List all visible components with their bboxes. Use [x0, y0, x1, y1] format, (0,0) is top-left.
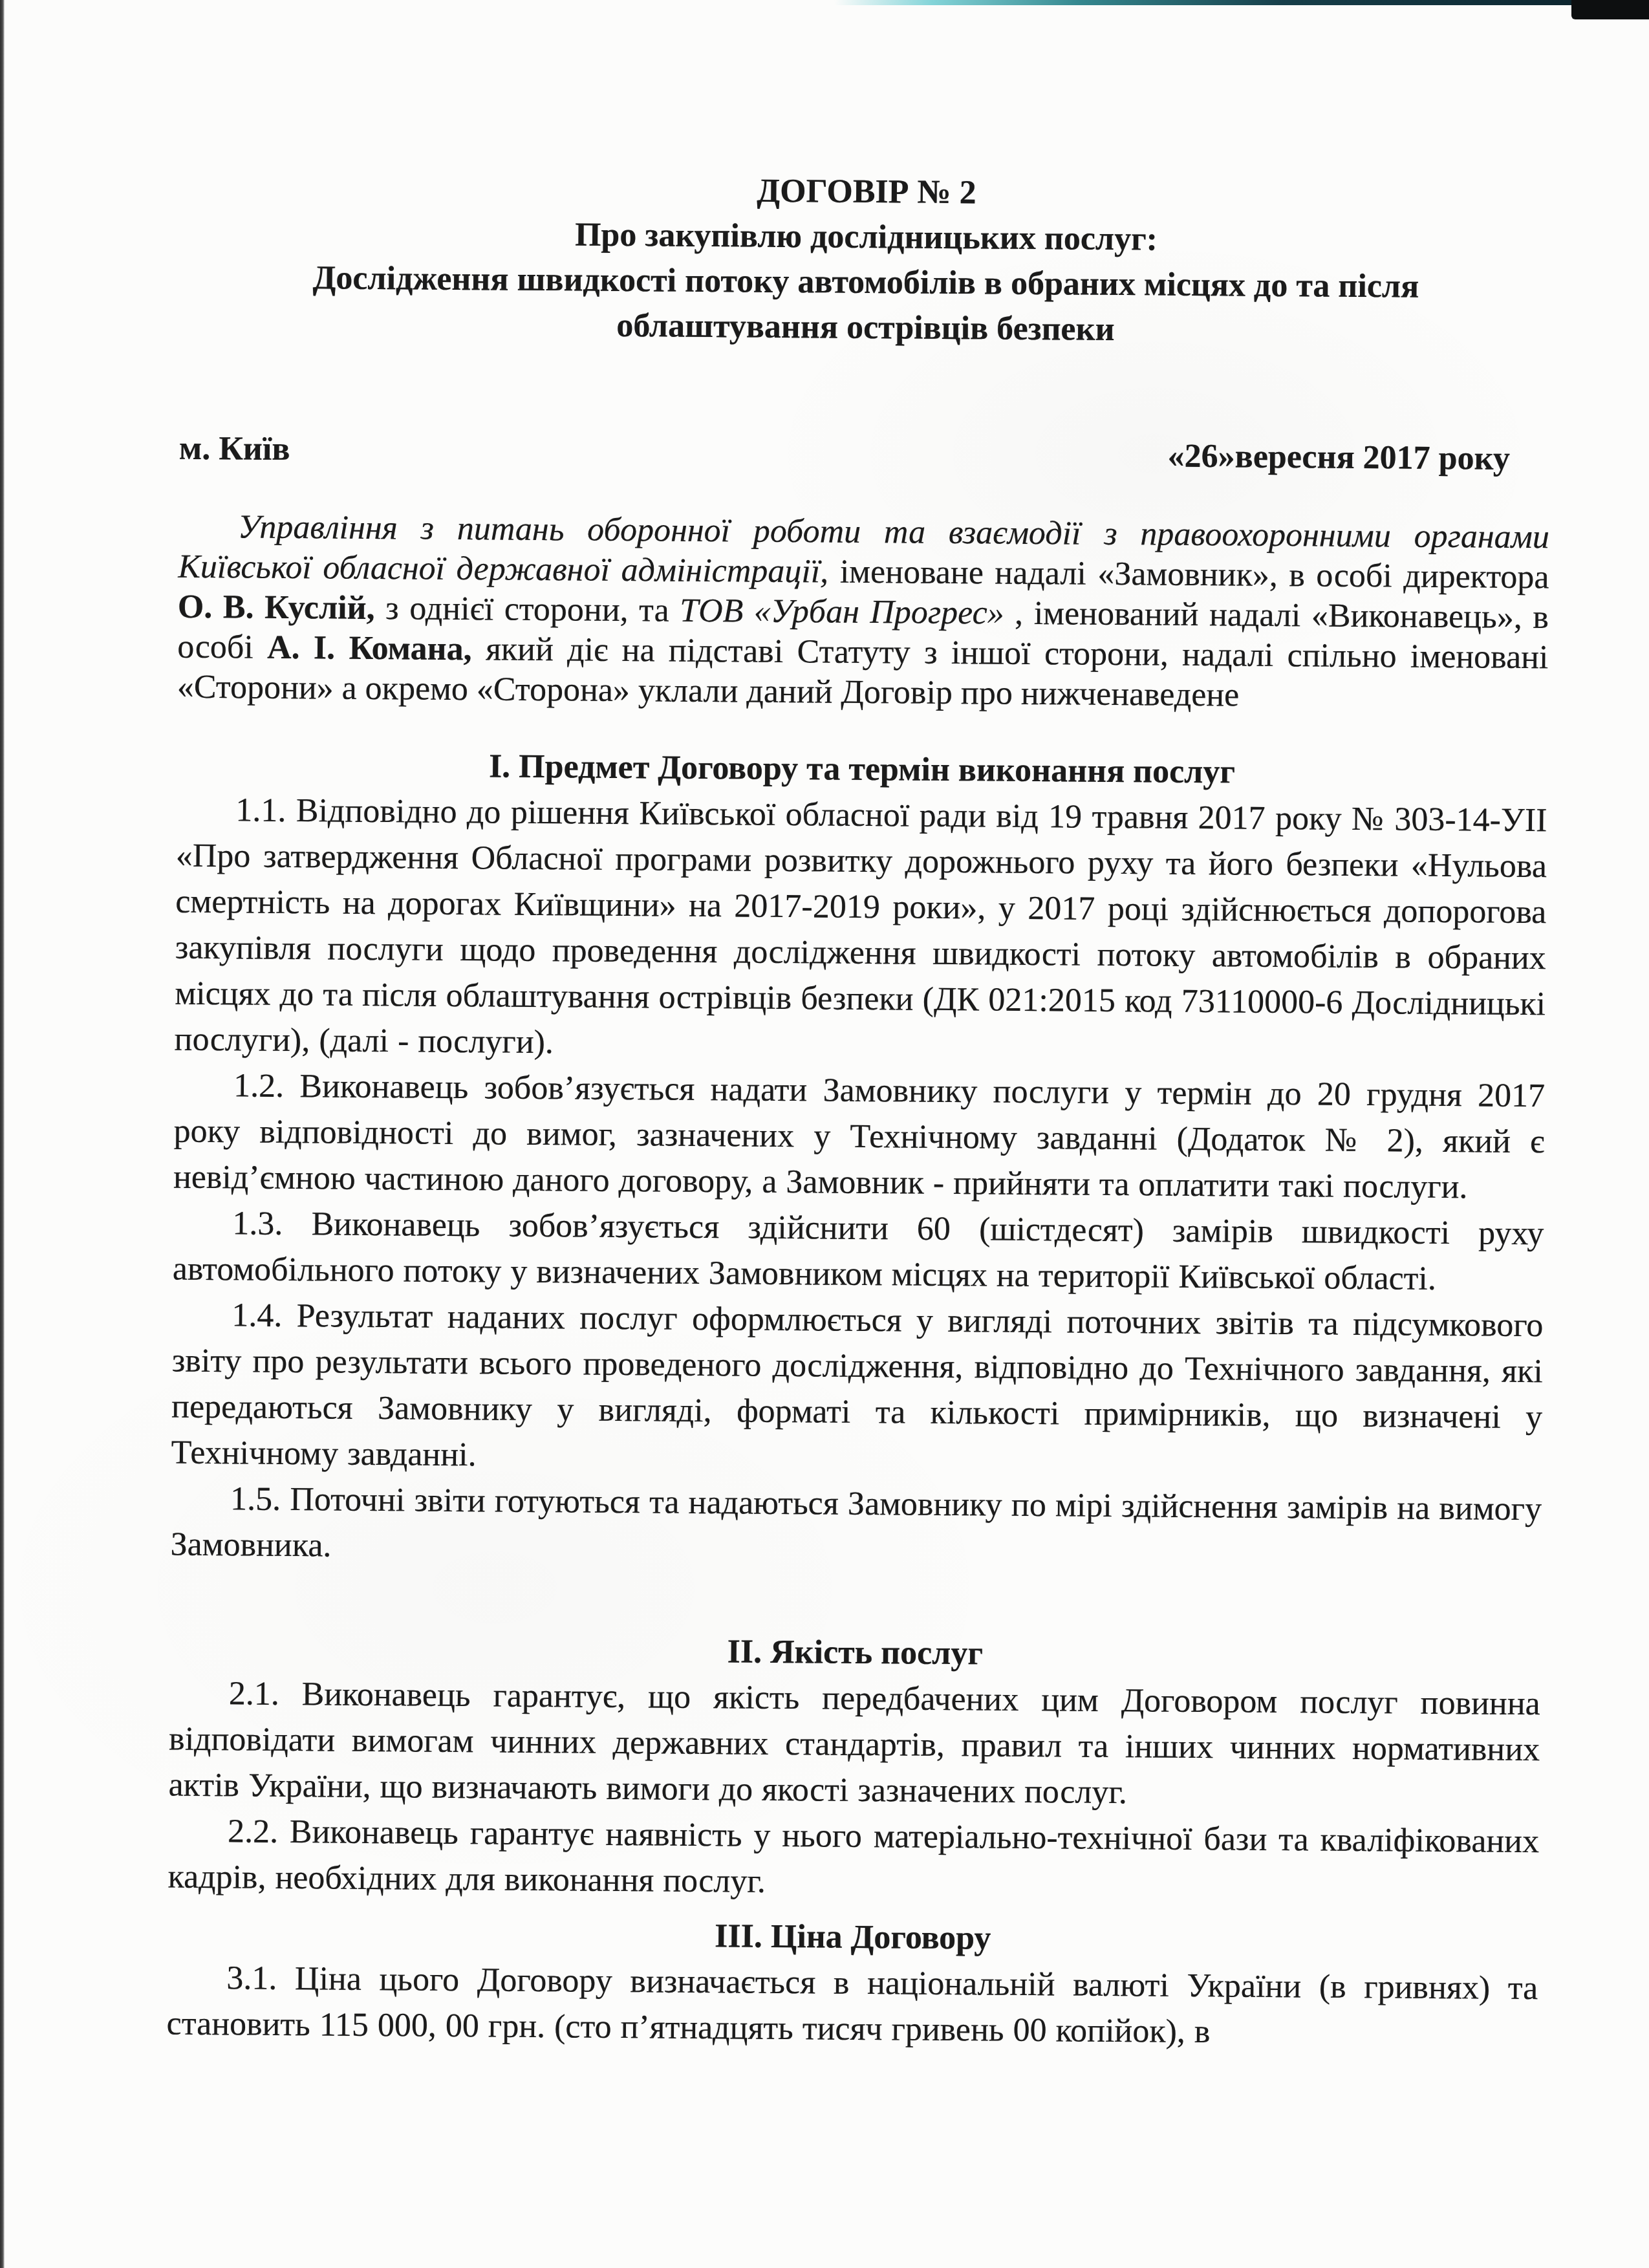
preamble-director-name: О. В. Куслій,: [178, 589, 375, 627]
preamble-party-contractor: ТОВ «Урбан Прогрес»: [680, 592, 1004, 632]
place-date-row: м. Київ «26»вересня 2017 року: [179, 429, 1550, 479]
scanned-contract-page: ДОГОВІР № 2 Про закупівлю дослідницьких …: [0, 0, 1649, 2268]
scan-artifact-left-edge: [0, 0, 5, 2268]
contract-title: ДОГОВІР № 2 Про закупівлю дослідницьких …: [180, 164, 1552, 356]
paragraph-1-4: 1.4. Результат наданих послуг оформлюєть…: [171, 1292, 1543, 1487]
scan-artifact-top-right-corner: [1571, 0, 1649, 19]
paragraph-1-1: 1.1. Відповідно до рішення Київської обл…: [174, 787, 1547, 1074]
paragraph-2-1: 2.1. Виконавець гарантує, що якість пере…: [168, 1670, 1540, 1819]
scan-artifact-top-line: [834, 0, 1649, 5]
paragraph-1-3: 1.3. Виконавець зобов’язується здійснити…: [173, 1200, 1544, 1303]
paragraph-1-2: 1.2. Виконавець зобов’язується надати За…: [173, 1063, 1546, 1211]
preamble-contractor-name: А. І. Комана,: [267, 629, 472, 667]
place-label: м. Київ: [179, 429, 290, 469]
paragraph-3-1: 3.1. Ціна цього Договору визначається в …: [166, 1955, 1538, 2058]
paragraph-1-5: 1.5. Поточні звіти готуються та надаютьс…: [170, 1476, 1542, 1579]
date-label: «26»вересня 2017 року: [1167, 437, 1510, 479]
preamble-text-2: з однієї сторони, та: [374, 590, 680, 629]
preamble-paragraph: Управління з питань оборонної роботи та …: [177, 507, 1549, 718]
document-content: ДОГОВІР № 2 Про закупівлю дослідницьких …: [166, 0, 1553, 2057]
paragraph-2-2: 2.2. Виконавець гарантує наявність у ньо…: [167, 1808, 1539, 1911]
preamble-text-1: іменоване надалі «Замовник», в особі дир…: [828, 554, 1549, 596]
